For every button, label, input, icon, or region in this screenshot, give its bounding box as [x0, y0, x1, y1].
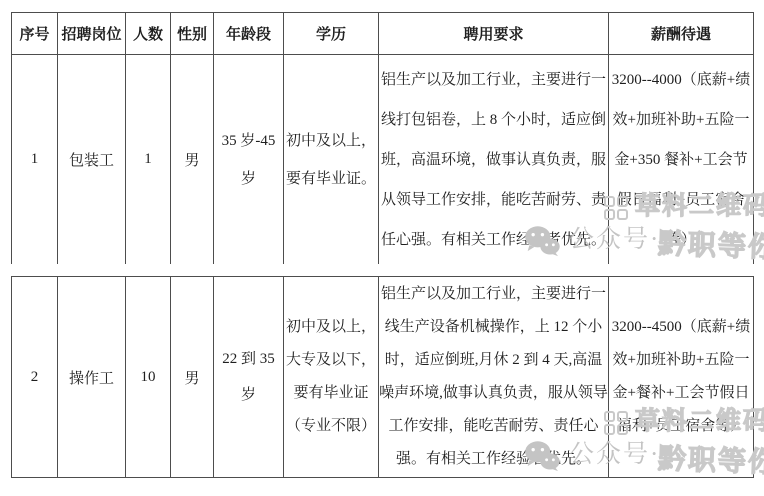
- cell-education: 初中及以上，大专及以下，要有毕业证（专业不限）: [284, 277, 379, 478]
- cell-serial: 2: [12, 277, 58, 478]
- cell-serial: 1: [12, 55, 58, 265]
- col-header-gender: 性别: [171, 13, 214, 55]
- cell-position: 操作工: [58, 277, 126, 478]
- col-header-education: 学历: [284, 13, 379, 55]
- table-row: 1 包装工 1 男 35 岁-45 岁 初中及以上，要有毕业证。 铝生产以及加工…: [12, 55, 754, 265]
- col-header-salary: 薪酬待遇: [609, 13, 754, 55]
- recruitment-table-top: 序号 招聘岗位 人数 性别 年龄段 学历 聘用要求 薪酬待遇 1 包装工 1 男…: [11, 12, 754, 264]
- cell-salary: 3200--4000（底薪+绩效+加班补助+五险一金+350 餐补+工会节假日福…: [609, 55, 754, 265]
- cell-requirements: 铝生产以及加工行业，主要进行一线生产设备机械操作，上 12 个小时，适应倒班,月…: [379, 277, 609, 478]
- cell-age-range: 35 岁-45 岁: [214, 55, 284, 265]
- recruitment-table-page: 序号 招聘岗位 人数 性别 年龄段 学历 聘用要求 薪酬待遇 1 包装工 1 男…: [0, 0, 764, 496]
- recruitment-table-bottom: 2 操作工 10 男 22 到 35 岁 初中及以上，大专及以下，要有毕业证（专…: [11, 276, 754, 478]
- col-header-requirements: 聘用要求: [379, 13, 609, 55]
- col-header-position: 招聘岗位: [58, 13, 126, 55]
- col-header-age: 年龄段: [214, 13, 284, 55]
- table-header-row: 序号 招聘岗位 人数 性别 年龄段 学历 聘用要求 薪酬待遇: [12, 13, 754, 55]
- cell-salary: 3200--4500（底薪+绩效+加班补助+五险一金+餐补+工会节假日福利+员工…: [609, 277, 754, 478]
- cell-gender: 男: [171, 55, 214, 265]
- table-row: 2 操作工 10 男 22 到 35 岁 初中及以上，大专及以下，要有毕业证（专…: [12, 277, 754, 478]
- cell-count: 1: [126, 55, 171, 265]
- cell-education: 初中及以上，要有毕业证。: [284, 55, 379, 265]
- cell-age-range: 22 到 35 岁: [214, 277, 284, 478]
- col-header-count: 人数: [126, 13, 171, 55]
- cell-position: 包装工: [58, 55, 126, 265]
- col-header-serial: 序号: [12, 13, 58, 55]
- cell-gender: 男: [171, 277, 214, 478]
- cell-requirements: 铝生产以及加工行业，主要进行一线打包铝卷，上 8 个小时，适应倒班，高温环境，做…: [379, 55, 609, 265]
- cell-count: 10: [126, 277, 171, 478]
